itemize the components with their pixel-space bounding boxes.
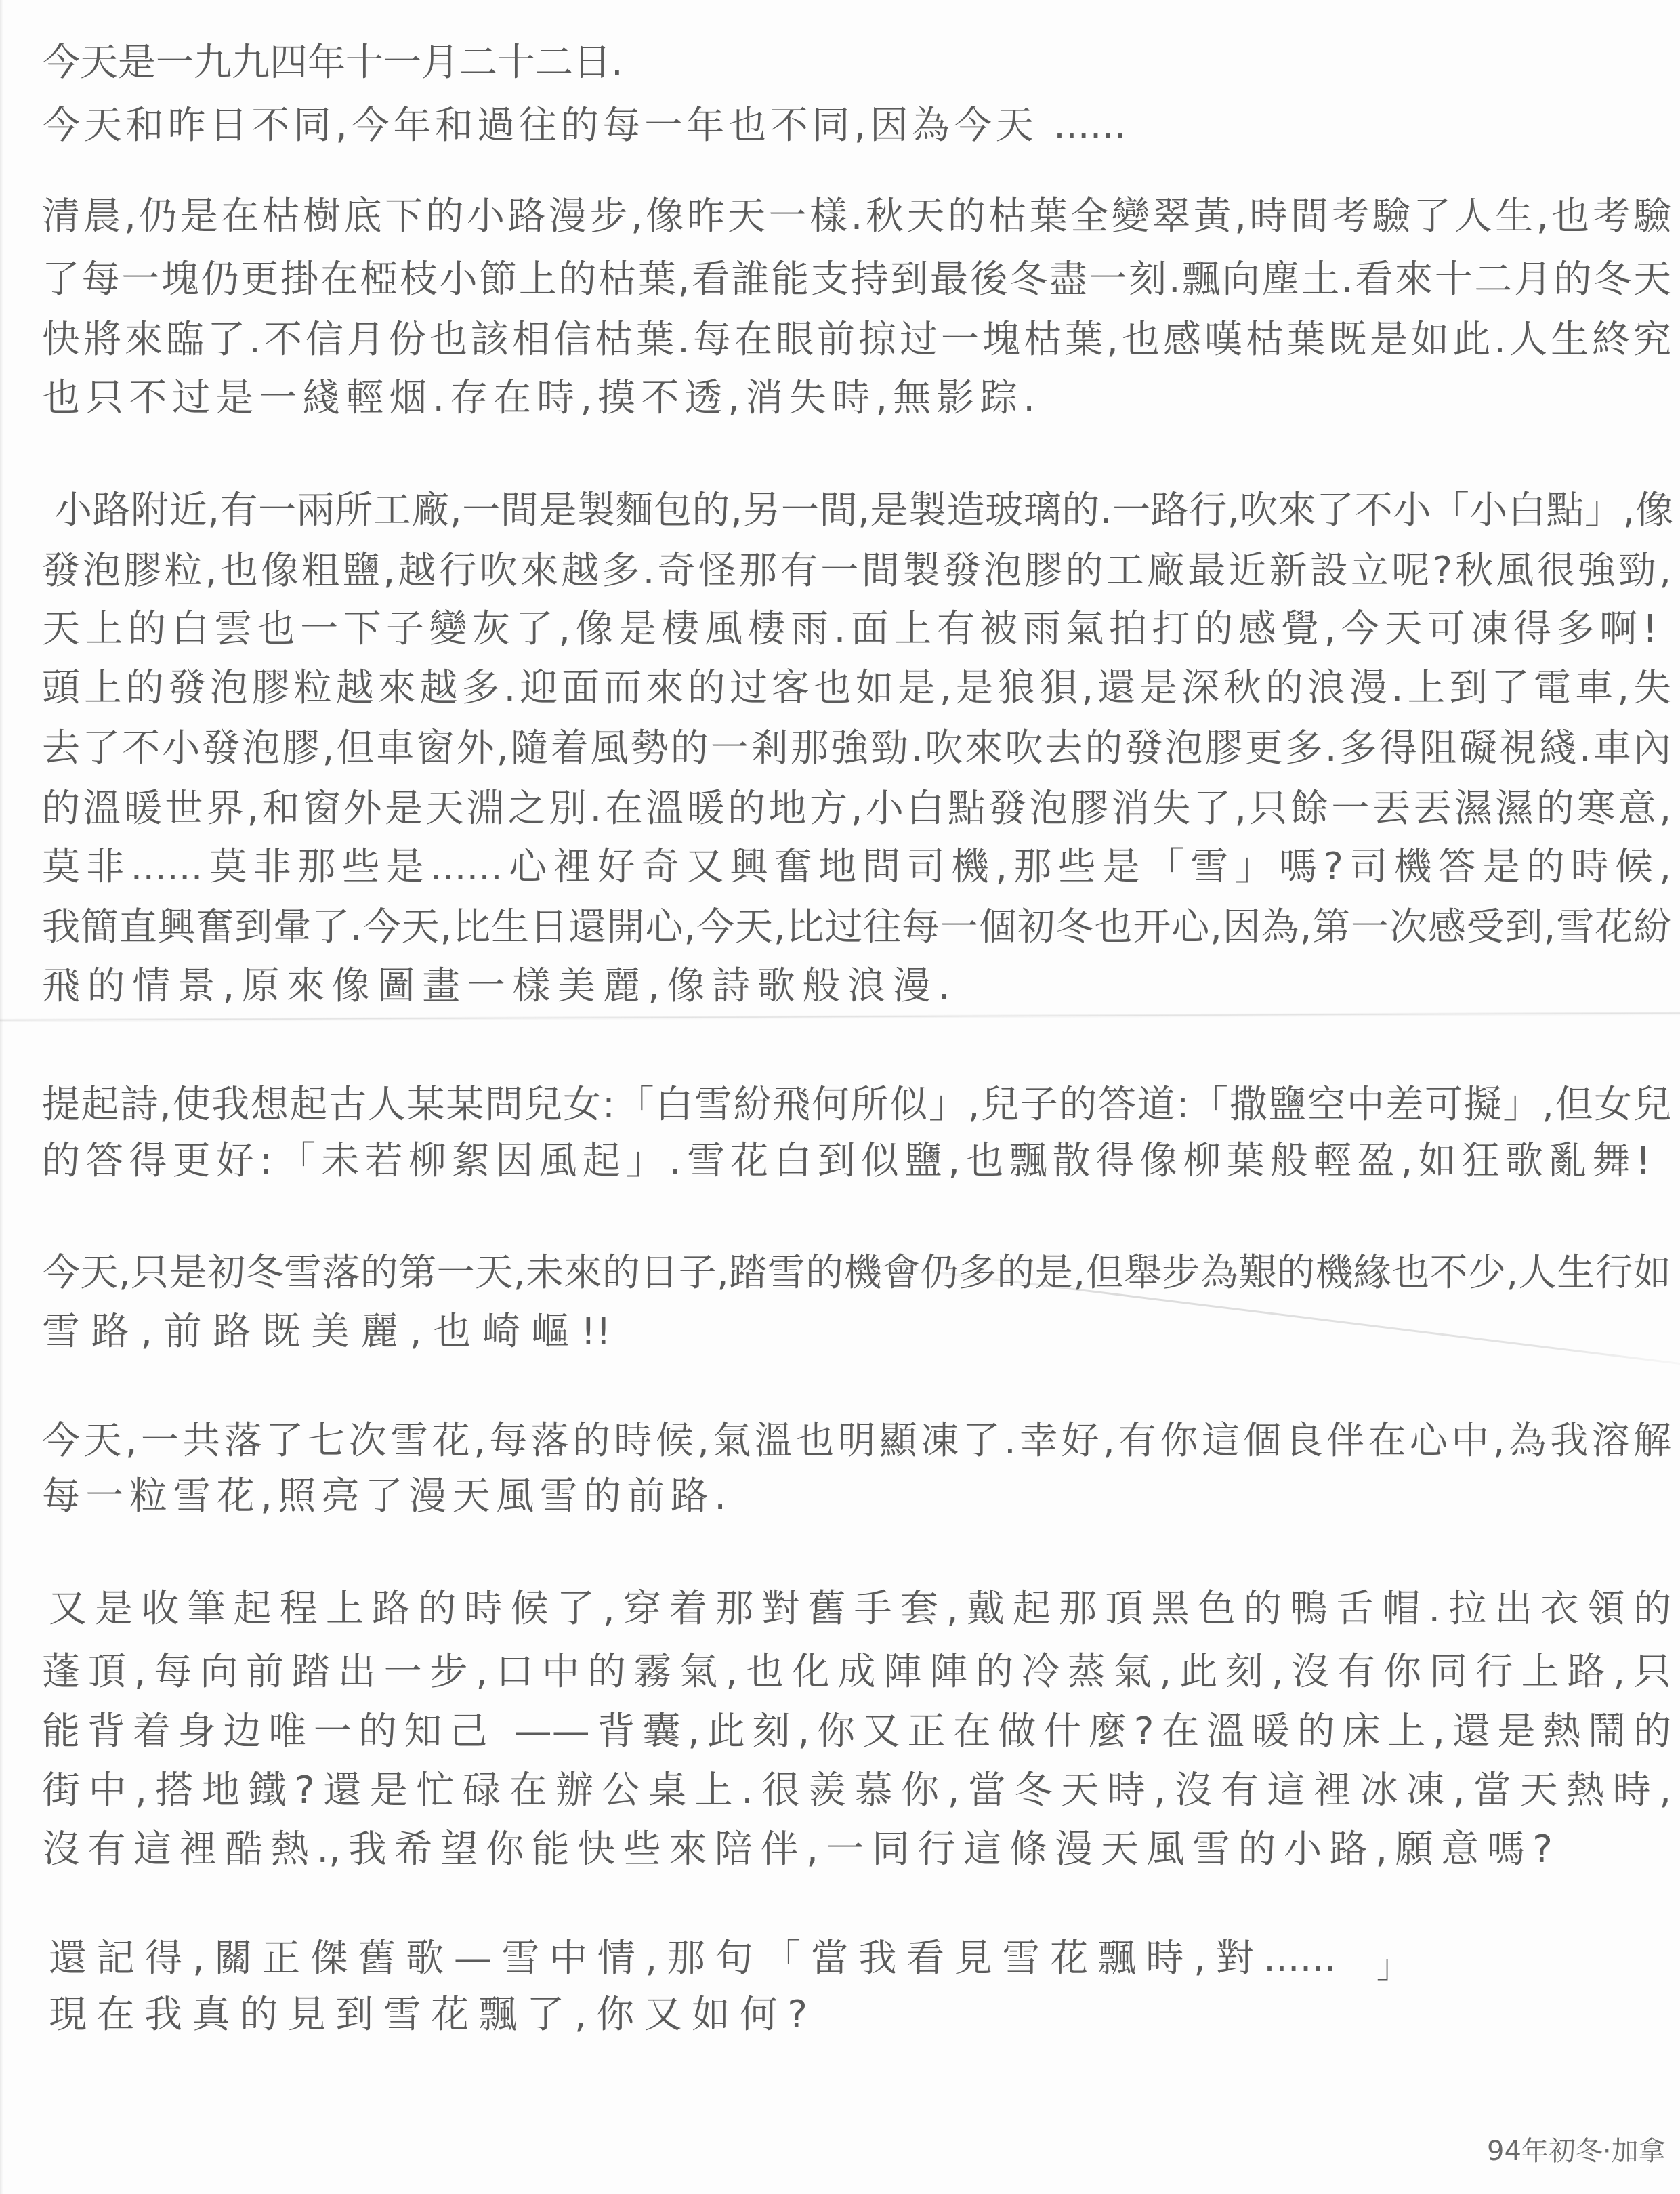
paragraph-line: 蓬頂,每向前踏出一步,口中的霧氣,也化成陣陣的冷蒸氣,此刻,沒有你同行上路,只 bbox=[42, 1647, 1671, 1698]
paragraph-line: 又是收筆起程上路的時候了,穿着那對舊手套,戴起那頂黑色的鴨舌帽.拉出衣領的 bbox=[49, 1584, 1671, 1635]
left-edge-shadow bbox=[0, 0, 3, 2194]
paragraph-line: 能背着身边唯一的知己 ——背囊,此刻,你又正在做什麼?在溫暖的床上,還是熱鬧的 bbox=[42, 1706, 1671, 1758]
paragraph-line: 飛的情景,原來像圖畫一樣美麗,像詩歌般浪漫. bbox=[42, 961, 950, 1012]
handwritten-letter-page: 今天是一九九四年十一月二十二日. 今天和昨日不同,今年和過往的每一年也不同,因為… bbox=[0, 0, 1680, 2194]
paragraph-line: 還記得,關正傑舊歌—雪中情,那句「當我看見雪花飄時,對...... bbox=[49, 1933, 1336, 1985]
paragraph-line: 莫非......莫非那些是......心裡好奇又興奮地問司機,那些是「雪」嗎?司… bbox=[42, 842, 1671, 893]
paragraph-line: 清晨,仍是在枯樹底下的小路漫步,像昨天一樣.秋天的枯葉全變翠黃,時間考驗了人生,… bbox=[42, 191, 1671, 243]
paragraph-line: 雪路,前路既美麗,也崎嶇!! bbox=[42, 1306, 611, 1358]
paragraph-line: 的答得更好:「未若柳絮因風起」.雪花白到似鹽,也飄散得像柳葉般輕盈,如狂歌亂舞! bbox=[42, 1136, 1651, 1187]
paragraph-line: 現在我真的見到雪花飄了,你又如何? bbox=[49, 1989, 807, 2041]
letter-intro-line: 今天和昨日不同,今年和過往的每一年也不同,因為今天 ...... bbox=[42, 100, 1126, 152]
paragraph-line: 了每一塊仍更掛在椏枝小節上的枯葉,看誰能支持到最後冬盡一刻.飄向塵土.看來十二月… bbox=[42, 254, 1671, 306]
paragraph-line: 也只不过是一綫輕烟.存在時,摸不透,消失時,無影踪. bbox=[42, 373, 1035, 424]
paragraph-line: 我簡直興奮到暈了.今天,比生日還開心,今天,比过往每一個初冬也开心,因為,第一次… bbox=[42, 902, 1671, 953]
paragraph-line: 去了不小發泡膠,但車窗外,隨着風勢的一剎那強勁.吹來吹去的發泡膠更多.多得阻礙視… bbox=[42, 723, 1671, 774]
paragraph-line: 每一粒雪花,照亮了漫天風雪的前路. bbox=[42, 1471, 726, 1523]
paragraph-line: 街中,搭地鐵?還是忙碌在辦公桌上.很羨慕你,當冬天時,沒有這裡冰凍,當天熱時, bbox=[42, 1765, 1671, 1817]
signature-dateline: 94年初冬·加拿 bbox=[1487, 2134, 1666, 2168]
paragraph-line: 今天,只是初冬雪落的第一天,未來的日子,踏雪的機會仍多的是,但舉步為艱的機緣也不… bbox=[42, 1247, 1671, 1299]
paragraph-line: 沒有這裡酷熱.,我希望你能快些來陪伴,一同行這條漫天風雪的小路,願意嗎? bbox=[42, 1824, 1553, 1876]
paragraph-line: 快將來臨了.不信月份也該相信枯葉.每在眼前掠过一塊枯葉,也感嘆枯葉既是如此.人生… bbox=[42, 314, 1671, 366]
paragraph-line: 小路附近,有一兩所工廠,一間是製麵包的,另一間,是製造玻璃的.一路行,吹來了不小… bbox=[54, 485, 1673, 537]
paragraph-line: 頭上的發泡膠粒越來越多.迎面而來的过客也如是,是狼狽,還是深秋的浪漫.上到了電車… bbox=[42, 663, 1671, 714]
paragraph-line: 發泡膠粒,也像粗鹽,越行吹來越多.奇怪那有一間製發泡膠的工廠最近新設立呢?秋風很… bbox=[42, 545, 1671, 597]
paragraph-line: 天上的白雲也一下子變灰了,像是棲風棲雨.面上有被雨氣拍打的感覺,今天可凍得多啊! bbox=[42, 604, 1658, 655]
paragraph-line: 提起詩,使我想起古人某某問兒女:「白雪紛飛何所似」,兒子的答道:「撒鹽空中差可擬… bbox=[42, 1079, 1671, 1131]
closing-quote-bracket: 」 bbox=[1377, 1946, 1409, 1987]
paragraph-line: 的溫暖世界,和窗外是天淵之別.在溫暖的地方,小白點發泡膠消失了,只餘一丟丟濕濕的… bbox=[42, 783, 1671, 835]
paragraph-line: 今天,一共落了七次雪花,每落的時候,氣溫也明顯凍了.幸好,有你這個良伴在心中,為… bbox=[42, 1415, 1671, 1467]
letter-date-line: 今天是一九九四年十一月二十二日. bbox=[42, 37, 547, 89]
horizontal-fold-crease bbox=[0, 1012, 1680, 1023]
